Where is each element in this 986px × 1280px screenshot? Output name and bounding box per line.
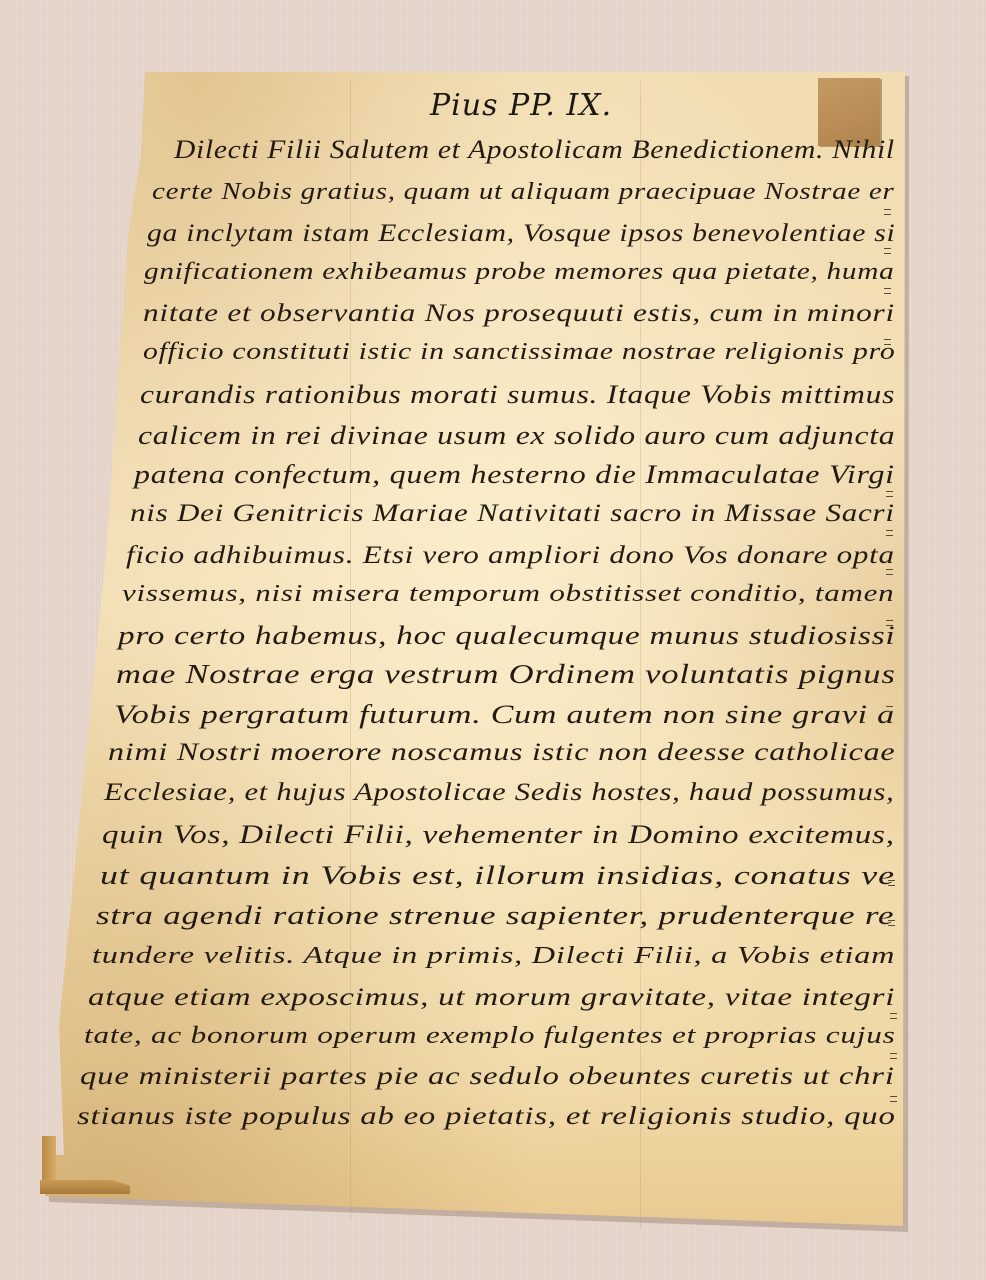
text-line: nimi Nostri moerore noscamus istic non d… — [108, 739, 895, 767]
text-line: quin Vos, Dilecti Filii, vehementer in D… — [102, 820, 895, 850]
text-line: patena confectum, quem hesterno die Imma… — [134, 460, 895, 490]
text-line: certe Nobis gratius, quam ut aliquam pra… — [152, 178, 894, 206]
letter-body: Pius PP. IX. Dilecti Filii Salutem et Ap… — [0, 0, 986, 1280]
text-line: ficio adhibuimus. Etsi vero ampliori don… — [126, 540, 895, 570]
text-line: Ecclesiae, et hujus Apostolicae Sedis ho… — [104, 779, 895, 807]
text-line: que ministerii partes pie ac sedulo obeu… — [80, 1063, 895, 1091]
line-continuation-mark — [884, 339, 891, 345]
text-line: gnificationem exhibeamus probe memores q… — [144, 258, 894, 286]
text-line: curandis rationibus morati sumus. Itaque… — [140, 380, 895, 410]
line-continuation-mark — [884, 288, 891, 294]
text-line: nitate et observantia Nos prosequuti est… — [143, 298, 895, 328]
text-line: mae Nostrae erga vestrum Ordinem volunta… — [116, 659, 896, 690]
text-line: stianus iste populus ab eo pietatis, et … — [77, 1103, 896, 1131]
line-continuation-mark — [890, 1053, 897, 1059]
line-continuation-mark — [888, 880, 895, 886]
line-continuation-mark — [886, 620, 893, 626]
line-continuation-mark — [886, 569, 893, 575]
text-line: ut quantum in Vobis est, illorum insidia… — [100, 861, 895, 891]
line-continuation-mark — [886, 491, 893, 497]
line-continuation-mark — [890, 1096, 897, 1102]
line-continuation-mark — [890, 1013, 897, 1019]
text-line: ga inclytam istam Ecclesiam, Vosque ipso… — [147, 218, 896, 248]
line-continuation-mark — [886, 706, 893, 712]
text-line: pro certo habemus, hoc qualecumque munus… — [118, 620, 895, 651]
text-line: calicem in rei divinae usum ex solido au… — [138, 420, 895, 451]
line-continuation-mark — [884, 248, 891, 254]
text-line: atque etiam exposcimus, ut morum gravita… — [88, 982, 895, 1012]
line-continuation-mark — [888, 920, 895, 926]
text-line: nis Dei Genitricis Mariae Nativitati sac… — [130, 500, 895, 528]
line-continuation-mark — [884, 209, 891, 215]
text-line: Dilecti Filii Salutem et Apostolicam Ben… — [174, 135, 895, 165]
text-line: officio constituti istic in sanctissimae… — [143, 339, 895, 366]
text-line: vissemus, nisi misera temporum obstitiss… — [122, 580, 894, 608]
text-line: tate, ac bonorum operum exemplo fulgente… — [84, 1023, 896, 1050]
text-line: Vobis pergratum futurum. Cum autem non s… — [114, 699, 895, 730]
text-line: stra agendi ratione strenue sapienter, p… — [96, 901, 894, 931]
letter-heading: Pius PP. IX. — [430, 88, 612, 123]
text-line: tundere velitis. Atque in primis, Dilect… — [92, 942, 895, 970]
line-continuation-mark — [886, 530, 893, 536]
